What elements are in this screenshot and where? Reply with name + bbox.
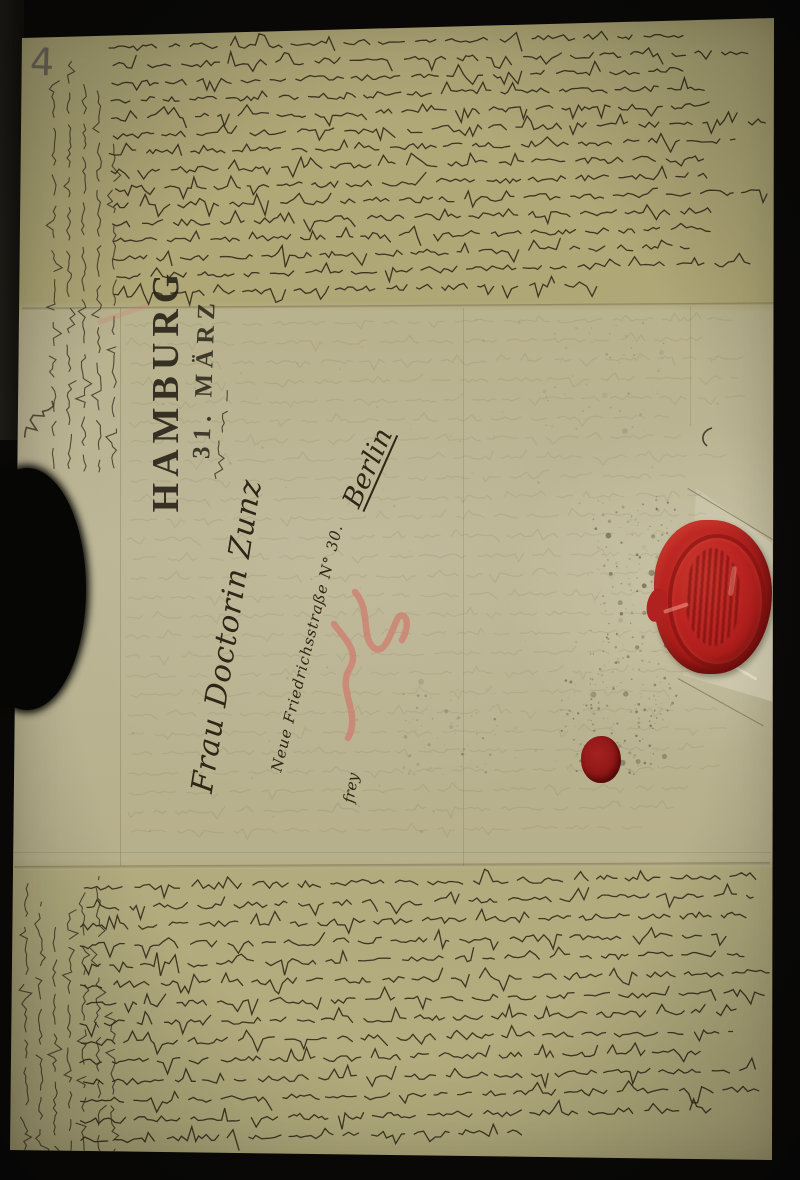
handwriting-top-main-text <box>109 31 767 304</box>
handwriting-top-margin-vertical <box>46 51 120 472</box>
handwriting-bottom-main-text <box>80 869 774 1150</box>
letter-paper: 4 HAMBURG 31. MÄRZ Frau Doctorin Zunz Ne… <box>0 0 800 1180</box>
crescent-ink-mark <box>703 428 712 446</box>
postmark-city: HAMBURG <box>144 268 188 513</box>
small-wax-dot <box>581 736 621 783</box>
page-number: 4 <box>29 40 55 85</box>
wax-seal-impression <box>685 548 742 647</box>
photo-background: 4 HAMBURG 31. MÄRZ Frau Doctorin Zunz Ne… <box>0 0 800 1180</box>
handwriting-flourish-mark <box>20 397 55 440</box>
postmark-date: 31. MÄRZ <box>188 297 222 460</box>
red-wax-seal <box>654 520 772 674</box>
